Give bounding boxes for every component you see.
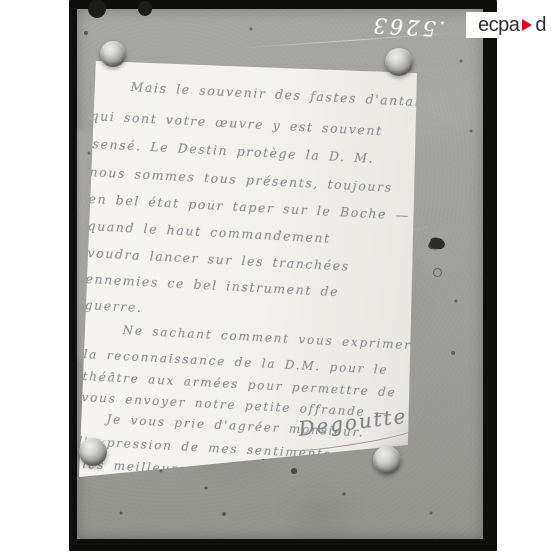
red-play-triangle-icon	[522, 19, 532, 31]
handwriting-line: ennemies ce bel instrument de	[85, 271, 339, 299]
pushpin-bottom-left	[79, 438, 107, 466]
pushpin-top-left	[100, 41, 126, 67]
inverted-plate-number: .5263	[355, 7, 461, 46]
pushpin-top-right	[385, 48, 413, 76]
handwriting-line: voudra lancer sur les tranchées	[87, 245, 350, 274]
handwriting-line: guerre.	[84, 297, 143, 315]
handwriting-line: en bel état pour taper sur le Boche —	[88, 191, 410, 223]
handwriting-line: quand le haut commandement	[87, 218, 331, 246]
plate-hole-right	[138, 1, 152, 16]
ring-blemish	[433, 268, 442, 277]
handwriting-line: sensé. Le Destin protège la D. M.	[92, 136, 374, 166]
handwriting-line: qui sont votre œuvre y est souvent	[90, 108, 383, 138]
logo-text-ecpa: ecpa	[478, 13, 519, 37]
archive-photo-viewer: Mais le souvenir des fastes d'antan qui …	[0, 0, 558, 558]
dust-specks	[0, 0, 2, 2]
logo-text-d: d	[535, 13, 546, 37]
ecpad-logo: ecpa d	[466, 12, 558, 38]
handwriting-line: Mais le souvenir des fastes d'antan	[130, 79, 424, 109]
letter-paper: Mais le souvenir des fastes d'antan qui …	[79, 61, 417, 477]
handwriting-line: nous sommes tous présents, toujours	[89, 164, 393, 195]
pushpin-bottom-right	[373, 446, 401, 474]
handwriting-line: Ne sachant comment vous exprimer	[122, 323, 412, 352]
